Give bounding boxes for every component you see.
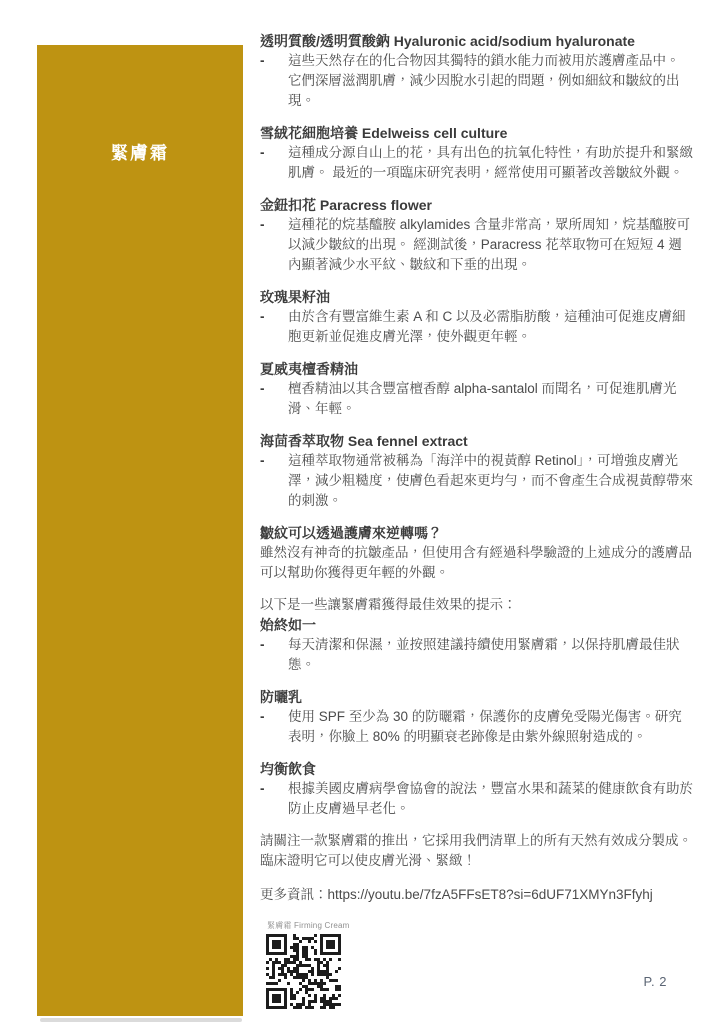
- qr-block: 緊膚霜 Firming Cream: [266, 920, 350, 1009]
- qa-answer: 雖然沒有神奇的抗皺產品，但使用含有經過科學驗證的上述成分的護膚品可以幫助你獲得更…: [260, 543, 693, 583]
- more-info-label: 更多資訊：: [260, 887, 328, 902]
- page-number: P. 2: [644, 974, 667, 989]
- more-info-line: 更多資訊：https://youtu.be/7fzA5FFsET8?si=6dU…: [260, 885, 693, 905]
- tip-section-consistency: 以下是一些讓緊膚霜獲得最佳效果的提示： 始終如一 - 每天清潔和保濕，並按照建議…: [260, 595, 693, 675]
- tip-section-sunscreen: 防曬乳 - 使用 SPF 至少為 30 的防曬霜，保護你的皮膚免受陽光傷害。研究…: [260, 687, 693, 747]
- bullet-item: - 這種成分源自山上的花，具有出色的抗氧化特性，有助於提升和緊緻肌膚。 最近的一…: [260, 143, 693, 183]
- qr-code: [266, 934, 341, 1009]
- bullet-text: 每天清潔和保濕，並按照建議持續使用緊膚霜，以保持肌膚最佳狀態。: [288, 635, 693, 675]
- ingredient-section-paracress: 金鈕扣花 Paracress flower - 這種花的烷基醯胺 alkylam…: [260, 195, 693, 275]
- dash-bullet: -: [260, 51, 288, 71]
- ingredient-section-sea-fennel: 海茴香萃取物 Sea fennel extract - 這種萃取物通常被稱為「海…: [260, 431, 693, 511]
- bullet-text: 檀香精油以其含豐富檀香醇 alpha-santalol 而聞名，可促進肌膚光滑、…: [288, 379, 693, 419]
- bullet-item: - 使用 SPF 至少為 30 的防曬霜，保護你的皮膚免受陽光傷害。研究表明，你…: [260, 707, 693, 747]
- bullet-item: - 根據美國皮膚病學會協會的說法，豐富水果和蔬菜的健康飲食有助於防止皮膚過早老化…: [260, 779, 693, 819]
- document-page: 緊膚霜 透明質酸/透明質酸鈉 Hyaluronic acid/sodium hy…: [0, 0, 722, 1024]
- bullet-text: 由於含有豐富維生素 A 和 C 以及必需脂肪酸，這種油可促進皮膚細胞更新並促進皮…: [288, 307, 693, 347]
- bullet-text: 這種成分源自山上的花，具有出色的抗氧化特性，有助於提升和緊緻肌膚。 最近的一項臨…: [288, 143, 693, 183]
- bullet-item: - 每天清潔和保濕，並按照建議持續使用緊膚霜，以保持肌膚最佳狀態。: [260, 635, 693, 675]
- dash-bullet: -: [260, 707, 288, 727]
- bullet-item: - 這種花的烷基醯胺 alkylamides 含量非常高，眾所周知，烷基醯胺可以…: [260, 215, 693, 275]
- closing-paragraph: 請關注一款緊膚霜的推出，它採用我們清單上的所有天然有效成分製成。臨床證明它可以使…: [260, 831, 693, 871]
- ingredient-section-edelweiss: 雪絨花細胞培養 Edelweiss cell culture - 這種成分源自山…: [260, 123, 693, 183]
- bullet-item: - 這些天然存在的化合物因其獨特的鎖水能力而被用於護膚產品中。 它們深層滋潤肌膚…: [260, 51, 693, 111]
- ingredient-section-hyaluronic: 透明質酸/透明質酸鈉 Hyaluronic acid/sodium hyalur…: [260, 31, 693, 111]
- bullet-text: 使用 SPF 至少為 30 的防曬霜，保護你的皮膚免受陽光傷害。研究表明，你臉上…: [288, 707, 693, 747]
- dash-bullet: -: [260, 779, 288, 799]
- section-heading: 雪絨花細胞培養 Edelweiss cell culture: [260, 123, 693, 143]
- section-heading: 透明質酸/透明質酸鈉 Hyaluronic acid/sodium hyalur…: [260, 31, 693, 51]
- closing-section: 請關注一款緊膚霜的推出，它採用我們清單上的所有天然有效成分製成。臨床證明它可以使…: [260, 831, 693, 871]
- dash-bullet: -: [260, 143, 288, 163]
- section-heading: 金鈕扣花 Paracress flower: [260, 195, 693, 215]
- bullet-text: 這種花的烷基醯胺 alkylamides 含量非常高，眾所周知，烷基醯胺可以減少…: [288, 215, 693, 275]
- tip-heading: 始終如一: [260, 615, 693, 635]
- dash-bullet: -: [260, 215, 288, 235]
- tip-heading: 防曬乳: [260, 687, 693, 707]
- side-band: [37, 45, 243, 1016]
- section-heading: 夏威夷檀香精油: [260, 359, 693, 379]
- dash-bullet: -: [260, 451, 288, 471]
- bullet-text: 這些天然存在的化合物因其獨特的鎖水能力而被用於護膚產品中。 它們深層滋潤肌膚，減…: [288, 51, 693, 111]
- section-heading: 玫瑰果籽油: [260, 287, 693, 307]
- dash-bullet: -: [260, 307, 288, 327]
- dash-bullet: -: [260, 635, 288, 655]
- qa-section: 皺紋可以透過護膚來逆轉嗎？ 雖然沒有神奇的抗皺產品，但使用含有經過科學驗證的上述…: [260, 523, 693, 583]
- qr-label: 緊膚霜 Firming Cream: [267, 920, 350, 932]
- bullet-text: 根據美國皮膚病學會協會的說法，豐富水果和蔬菜的健康飲食有助於防止皮膚過早老化。: [288, 779, 693, 819]
- ingredient-section-rosehip: 玫瑰果籽油 - 由於含有豐富維生素 A 和 C 以及必需脂肪酸，這種油可促進皮膚…: [260, 287, 693, 347]
- tip-section-diet: 均衡飲食 - 根據美國皮膚病學會協會的說法，豐富水果和蔬菜的健康飲食有助於防止皮…: [260, 759, 693, 819]
- bullet-item: - 這種萃取物通常被稱為「海洋中的視黃醇 Retinol」，可增強皮膚光澤，減少…: [260, 451, 693, 511]
- youtube-link[interactable]: https://youtu.be/7fzA5FFsET8?si=6dUF71XM…: [328, 887, 653, 902]
- tips-intro: 以下是一些讓緊膚霜獲得最佳效果的提示：: [260, 595, 693, 615]
- sidebar-label: 緊膚霜: [37, 141, 243, 165]
- tip-heading: 均衡飲食: [260, 759, 693, 779]
- ingredient-section-sandalwood: 夏威夷檀香精油 - 檀香精油以其含豐富檀香醇 alpha-santalol 而聞…: [260, 359, 693, 419]
- side-band-shadow: [40, 1018, 242, 1022]
- section-heading: 海茴香萃取物 Sea fennel extract: [260, 431, 693, 451]
- content-column: 透明質酸/透明質酸鈉 Hyaluronic acid/sodium hyalur…: [260, 31, 693, 919]
- bullet-item: - 檀香精油以其含豐富檀香醇 alpha-santalol 而聞名，可促進肌膚光…: [260, 379, 693, 419]
- bullet-item: - 由於含有豐富維生素 A 和 C 以及必需脂肪酸，這種油可促進皮膚細胞更新並促…: [260, 307, 693, 347]
- bullet-text: 這種萃取物通常被稱為「海洋中的視黃醇 Retinol」，可增強皮膚光澤，減少粗糙…: [288, 451, 693, 511]
- qa-question: 皺紋可以透過護膚來逆轉嗎？: [260, 523, 693, 543]
- dash-bullet: -: [260, 379, 288, 399]
